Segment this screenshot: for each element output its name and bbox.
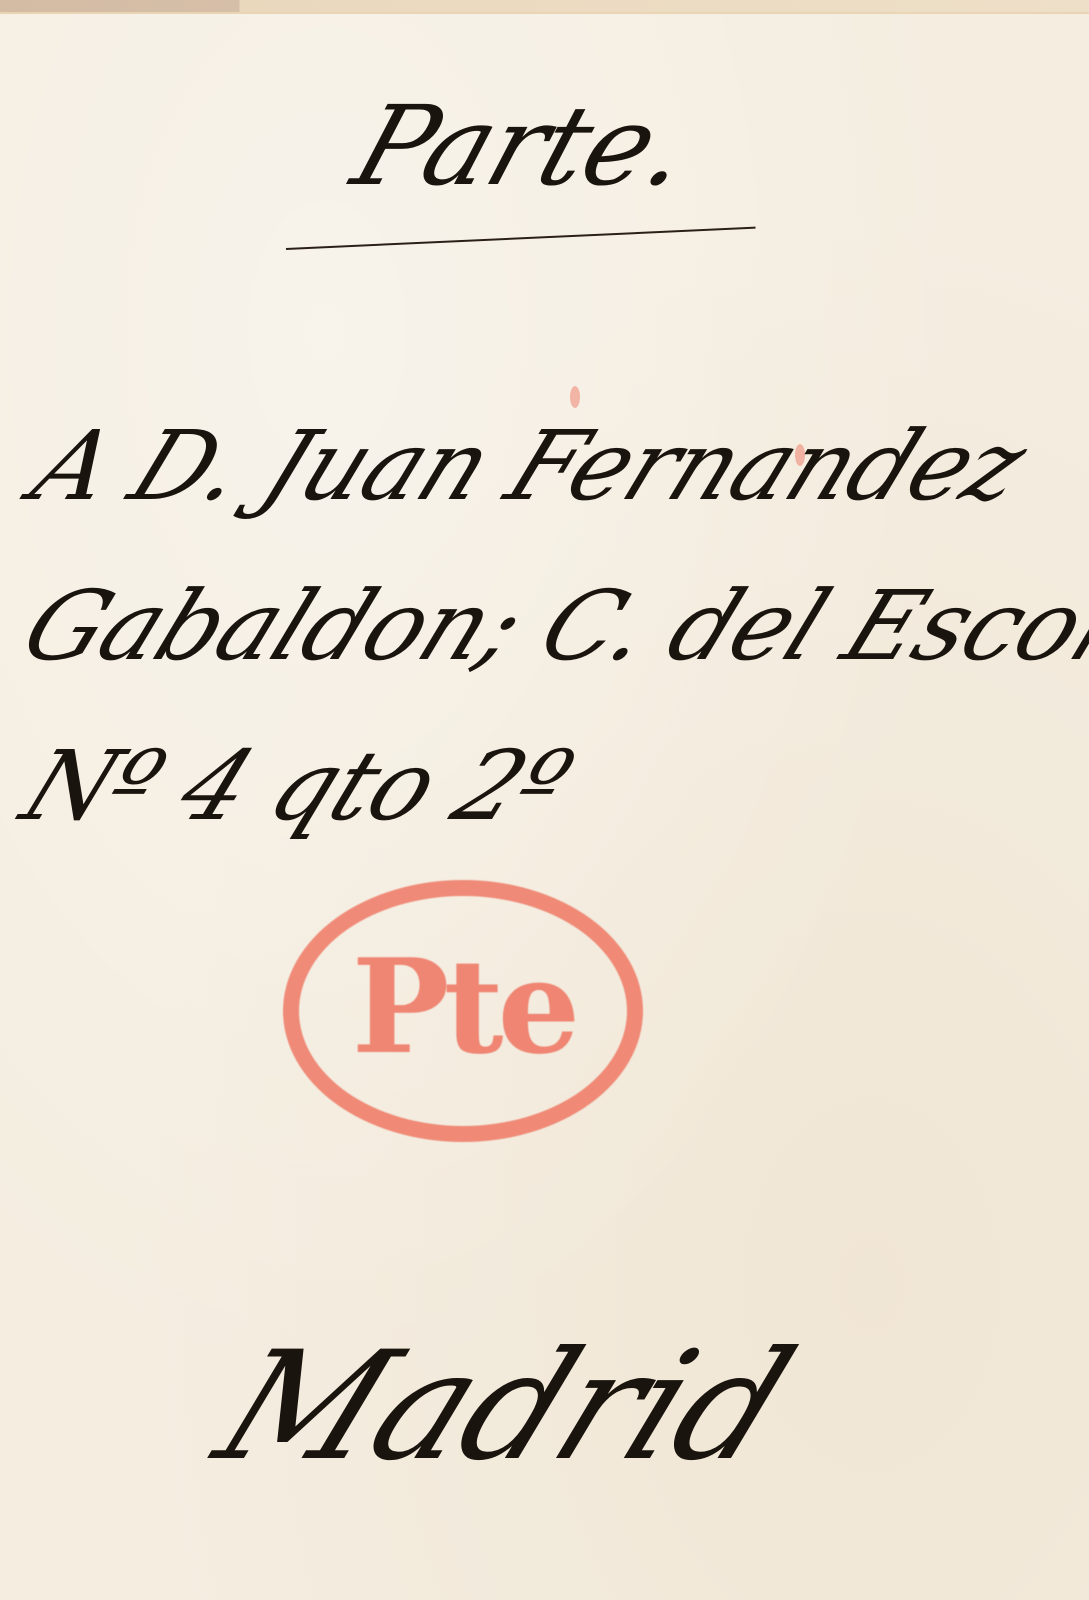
ink-speck <box>570 386 580 408</box>
address-line-1: A D. Juan Fernandez <box>17 410 1041 522</box>
destination-city: Madrid <box>195 1320 814 1494</box>
address-line-3: Nº 4 qto 2º <box>7 730 587 842</box>
address-line-2: Gabaldon; C. del Escorial <box>7 570 1089 682</box>
postmark-stamp: Pte <box>283 880 643 1142</box>
heading-parte: Parte. <box>339 82 706 210</box>
postmark-text: Pte <box>352 930 575 1083</box>
